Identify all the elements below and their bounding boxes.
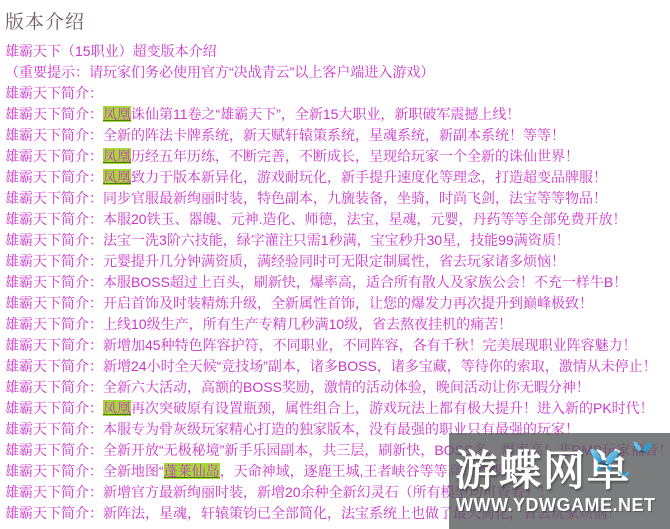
line-text: （重要提示：请玩家们务必使用官方“决战青云”以上客户端进入游戏） [5, 64, 434, 80]
intro-line: 雄霸天下简介：元婴提升几分钟满资质，满经验同时可无限定制属性，省去玩家诸多烦恼！ [5, 251, 670, 272]
keyword-link[interactable]: 凤凰 [103, 106, 131, 122]
line-text: 雄霸天下简介：新增加45种特色阵容护符，不同职业，不同阵容，各有千秋！完美展现职… [5, 337, 637, 353]
line-text: 雄霸天下简介：全新地图“ [5, 463, 164, 479]
intro-line: 雄霸天下简介：本服BOSS超过上百头，刷新快，爆率高，适合所有散人及家族公会！不… [5, 272, 670, 293]
keyword-link[interactable]: 凤凰 [103, 169, 131, 185]
intro-line: 雄霸天下简介：本服20铁玉、器魄、元神.造化、师德，法宝，星魂，元婴，丹药等等全… [5, 209, 670, 230]
line-text: 历经五年历练，不断完善，不断成长，呈现给玩家一个全新的诛仙世界！ [131, 148, 579, 164]
intro-line: 雄霸天下（15职业）超变版本介绍 [5, 41, 670, 62]
line-text: 雄霸天下简介： [5, 148, 103, 164]
watermark-url: WWW.YDWGAME.NET [456, 495, 655, 516]
line-text: 雄霸天下简介：本服BOSS超过上百头，刷新快，爆率高，适合所有散人及家族公会！不… [5, 274, 627, 290]
line-text: 雄霸天下简介： [5, 169, 103, 185]
line-text: 雄霸天下简介：全新的阵法卡牌系统，新天赋轩辕策系统，星魂系统，新副本系统！等等！ [5, 127, 565, 143]
line-text: 雄霸天下简介：开启首饰及时装精炼升级，全新属性首饰，让您的爆发力再次提升到巅峰极… [5, 295, 593, 311]
page-title: 版本介绍 [5, 7, 670, 34]
intro-line: 雄霸天下简介：新增24小时全天候“竞技场”副本，诸多BOSS，诸多宝藏，等待你的… [5, 356, 670, 377]
line-text: 雄霸天下简介：本服20铁玉、器魄、元神.造化、师德，法宝，星魂，元婴，丹药等等全… [5, 211, 626, 227]
line-text: 雄霸天下简介： [5, 400, 103, 416]
line-text: 雄霸天下（15职业）超变版本介绍 [5, 43, 217, 59]
intro-line: 雄霸天下简介：凤凰诛仙第11卷之“雄霸天下”，全新15大职业，新职破军震撼上线！ [5, 104, 670, 125]
intro-line: 雄霸天下简介：凤凰再次突破原有设置瓶颈，属性组合上，游戏玩法上都有极大提升！进入… [5, 398, 670, 419]
line-text: 诛仙第11卷之“雄霸天下”，全新15大职业，新职破军震撼上线！ [131, 106, 520, 122]
line-text: 再次突破原有设置瓶颈，属性组合上，游戏玩法上都有极大提升！进入新的PK时代！ [131, 400, 654, 416]
intro-line: 雄霸天下简介：法宝一洗3阶六技能，绿字灌注只需1秒满，宝宝秒升30星，技能99满… [5, 230, 670, 251]
intro-line: 雄霸天下简介：开启首饰及时装精炼升级，全新属性首饰，让您的爆发力再次提升到巅峰极… [5, 293, 670, 314]
line-text: 雄霸天下简介：新增24小时全天候“竞技场”副本，诸多BOSS，诸多宝藏，等待你的… [5, 358, 657, 374]
keyword-link[interactable]: 蓬莱仙岛 [164, 463, 220, 479]
intro-line: 雄霸天下简介：凤凰致力于版本新异化，游戏耐玩化，新手提升速度化等理念，打造超变品… [5, 167, 670, 188]
line-text: 雄霸天下简介：上线10级生产，所有生产专精几秒满10级，省去熬夜挂机的痛苦！ [5, 316, 512, 332]
line-text: 雄霸天下简介： [5, 106, 103, 122]
line-text: 致力于版本新异化，游戏耐玩化，新手提升速度化等理念，打造超变品牌服！ [131, 169, 607, 185]
intro-line: 雄霸天下简介： [5, 83, 670, 104]
intro-line: 雄霸天下简介：凤凰历经五年历练，不断完善，不断成长，呈现给玩家一个全新的诛仙世界… [5, 146, 670, 167]
line-text: 雄霸天下简介： [5, 85, 103, 101]
line-text: 雄霸天下简介：法宝一洗3阶六技能，绿字灌注只需1秒满，宝宝秒升30星，技能99满… [5, 232, 570, 248]
watermark: 游蝶网单 WWW.YDWGAME.NET [449, 433, 670, 529]
butterfly-icon [617, 467, 631, 481]
line-text: 雄霸天下简介：同步官服最新绚丽时装，特色副本，九旒装备，坐骑，时尚飞剑，法宝等等… [5, 190, 607, 206]
intro-line: 雄霸天下简介：新增加45种特色阵容护符，不同职业，不同阵容，各有千秋！完美展现职… [5, 335, 670, 356]
intro-line: 雄霸天下简介：上线10级生产，所有生产专精几秒满10级，省去熬夜挂机的痛苦！ [5, 314, 670, 335]
intro-line: （重要提示：请玩家们务必使用官方“决战青云”以上客户端进入游戏） [5, 62, 670, 83]
version-intro-page: 版本介绍 雄霸天下（15职业）超变版本介绍（重要提示：请玩家们务必使用官方“决战… [0, 0, 670, 529]
intro-line: 雄霸天下简介：全新六大活动，高额的BOSS奖励，激情的活动体验，晚间活动让你无暇… [5, 377, 670, 398]
intro-line: 雄霸天下简介：全新的阵法卡牌系统，新天赋轩辕策系统，星魂系统，新副本系统！等等！ [5, 125, 670, 146]
intro-line: 雄霸天下简介：同步官服最新绚丽时装，特色副本，九旒装备，坐骑，时尚飞剑，法宝等等… [5, 188, 670, 209]
butterfly-icon [631, 435, 655, 459]
line-text: 雄霸天下简介：元婴提升几分钟满资质，满经验同时可无限定制属性，省去玩家诸多烦恼！ [5, 253, 565, 269]
keyword-link[interactable]: 凤凰 [103, 400, 131, 416]
keyword-link[interactable]: 凤凰 [103, 148, 131, 164]
line-text: 雄霸天下简介：全新六大活动，高额的BOSS奖励，激情的活动体验，晚间活动让你无暇… [5, 379, 590, 395]
